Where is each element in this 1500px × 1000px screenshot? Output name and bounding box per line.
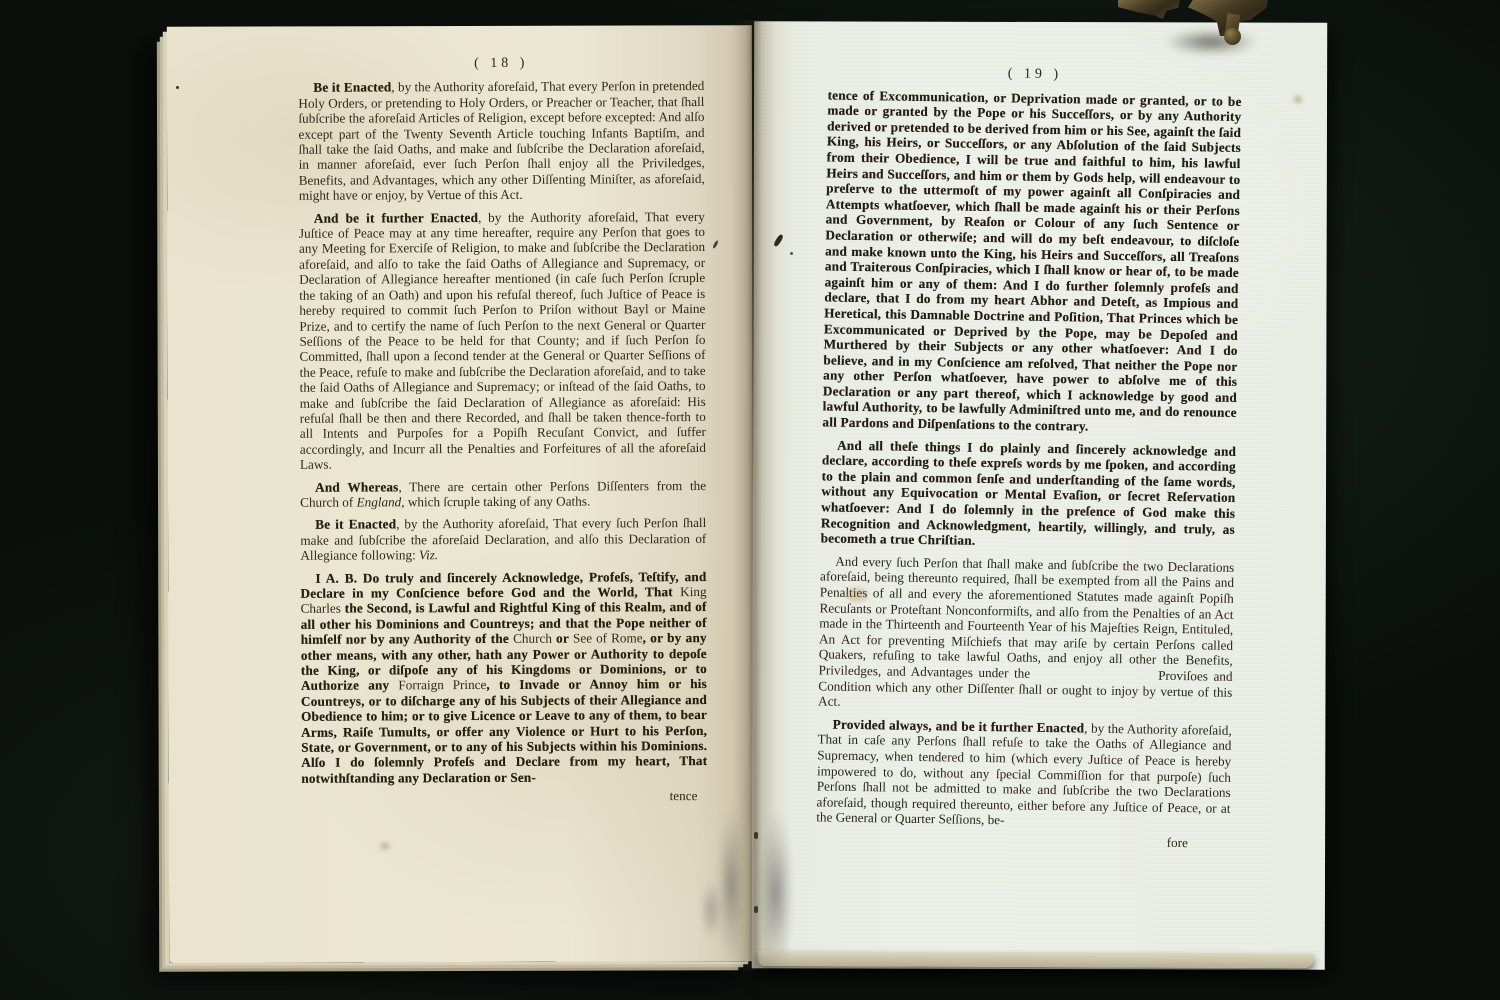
book-page-left: ( 18 ) Be it Enacted, by the Authority a… xyxy=(167,25,754,963)
page-number-18: ( 18 ) xyxy=(298,55,704,72)
blackletter-text: I A. B. Do truly and ſincerely Acknowled… xyxy=(301,569,707,601)
blackletter-text: , to Invade or Annoy him or his Countrey… xyxy=(301,676,707,785)
photo-scene: ( 18 ) Be it Enacted, by the Authority a… xyxy=(0,0,1500,1000)
ink-smudge xyxy=(758,810,794,975)
foxing-stain xyxy=(846,588,868,602)
ink-speck xyxy=(176,86,179,89)
foxing-stain xyxy=(1294,96,1302,103)
roman-text: Church xyxy=(513,631,552,646)
paragraph: Be it Enacted, by the Authority aforeſai… xyxy=(300,515,706,563)
blank-space xyxy=(1030,678,1158,680)
ink-smudge xyxy=(700,880,722,940)
roman-text: And every ſuch Perſon that ſhall make an… xyxy=(818,553,1234,680)
roman-text: , by the Authority aforeſaid, That in ca… xyxy=(816,720,1232,827)
clasp-foot xyxy=(1224,28,1241,45)
blackletter-text: Be it Enacted xyxy=(313,80,391,95)
page-number-19: ( 19 ) xyxy=(828,63,1242,85)
roman-text: , which ſcruple taking of any Oaths. xyxy=(401,493,590,509)
book-page-right: ( 19 ) tence of Excommunication, or Depr… xyxy=(752,21,1327,969)
roman-text: Forraign Prince xyxy=(398,677,486,692)
blackletter-text: And all theſe things I do plainly and ſi… xyxy=(821,437,1237,548)
blackletter-text: tence of Excommunication, or Deprivation… xyxy=(822,87,1241,434)
roman-text: See of Rome xyxy=(573,631,643,646)
paragraph: And Whereas, There are certain other Per… xyxy=(300,478,706,511)
foxing-stain xyxy=(380,842,390,850)
binding-stitch xyxy=(754,832,758,839)
paragraph: And be it further Enacted, by the Author… xyxy=(299,209,706,473)
blackletter-text: And Whereas xyxy=(315,479,398,494)
blackletter-text: And be it further Enacted xyxy=(314,210,478,226)
binding-stitch xyxy=(754,906,758,913)
catchword-19: fore xyxy=(816,829,1230,851)
ink-speck xyxy=(790,252,793,255)
paragraph: Provided always, and be it further Enact… xyxy=(816,716,1232,832)
paragraph: I A. B. Do truly and ſincerely Acknowled… xyxy=(300,569,707,786)
blackletter-text: Be it Enacted xyxy=(315,517,396,532)
paragraph: And all theſe things I do plainly and ſi… xyxy=(821,437,1237,553)
metal-clasp xyxy=(1118,0,1268,50)
paragraph: Be it Enacted, by the Authority aforeſai… xyxy=(298,78,705,203)
catchword-18: tence xyxy=(301,788,707,805)
paragraph: tence of Excommunication, or Deprivation… xyxy=(822,87,1241,437)
blackletter-text: or xyxy=(552,631,573,646)
page-18-text-block: ( 18 ) Be it Enacted, by the Authority a… xyxy=(298,55,707,805)
page-19-text-block: ( 19 ) tence of Excommunication, or Depr… xyxy=(816,63,1242,851)
roman-text: , by the Authority aforeſaid, That every… xyxy=(298,78,704,203)
italic-text: England xyxy=(357,494,402,509)
clasp-left-piece xyxy=(1118,0,1180,20)
roman-text: , by the Authority aforeſaid, That every… xyxy=(299,209,706,472)
page-bottom-curl xyxy=(758,951,1314,968)
paragraph: And every ſuch Perſon that ſhall make an… xyxy=(818,553,1234,715)
italic-text: Viz. xyxy=(419,547,438,562)
